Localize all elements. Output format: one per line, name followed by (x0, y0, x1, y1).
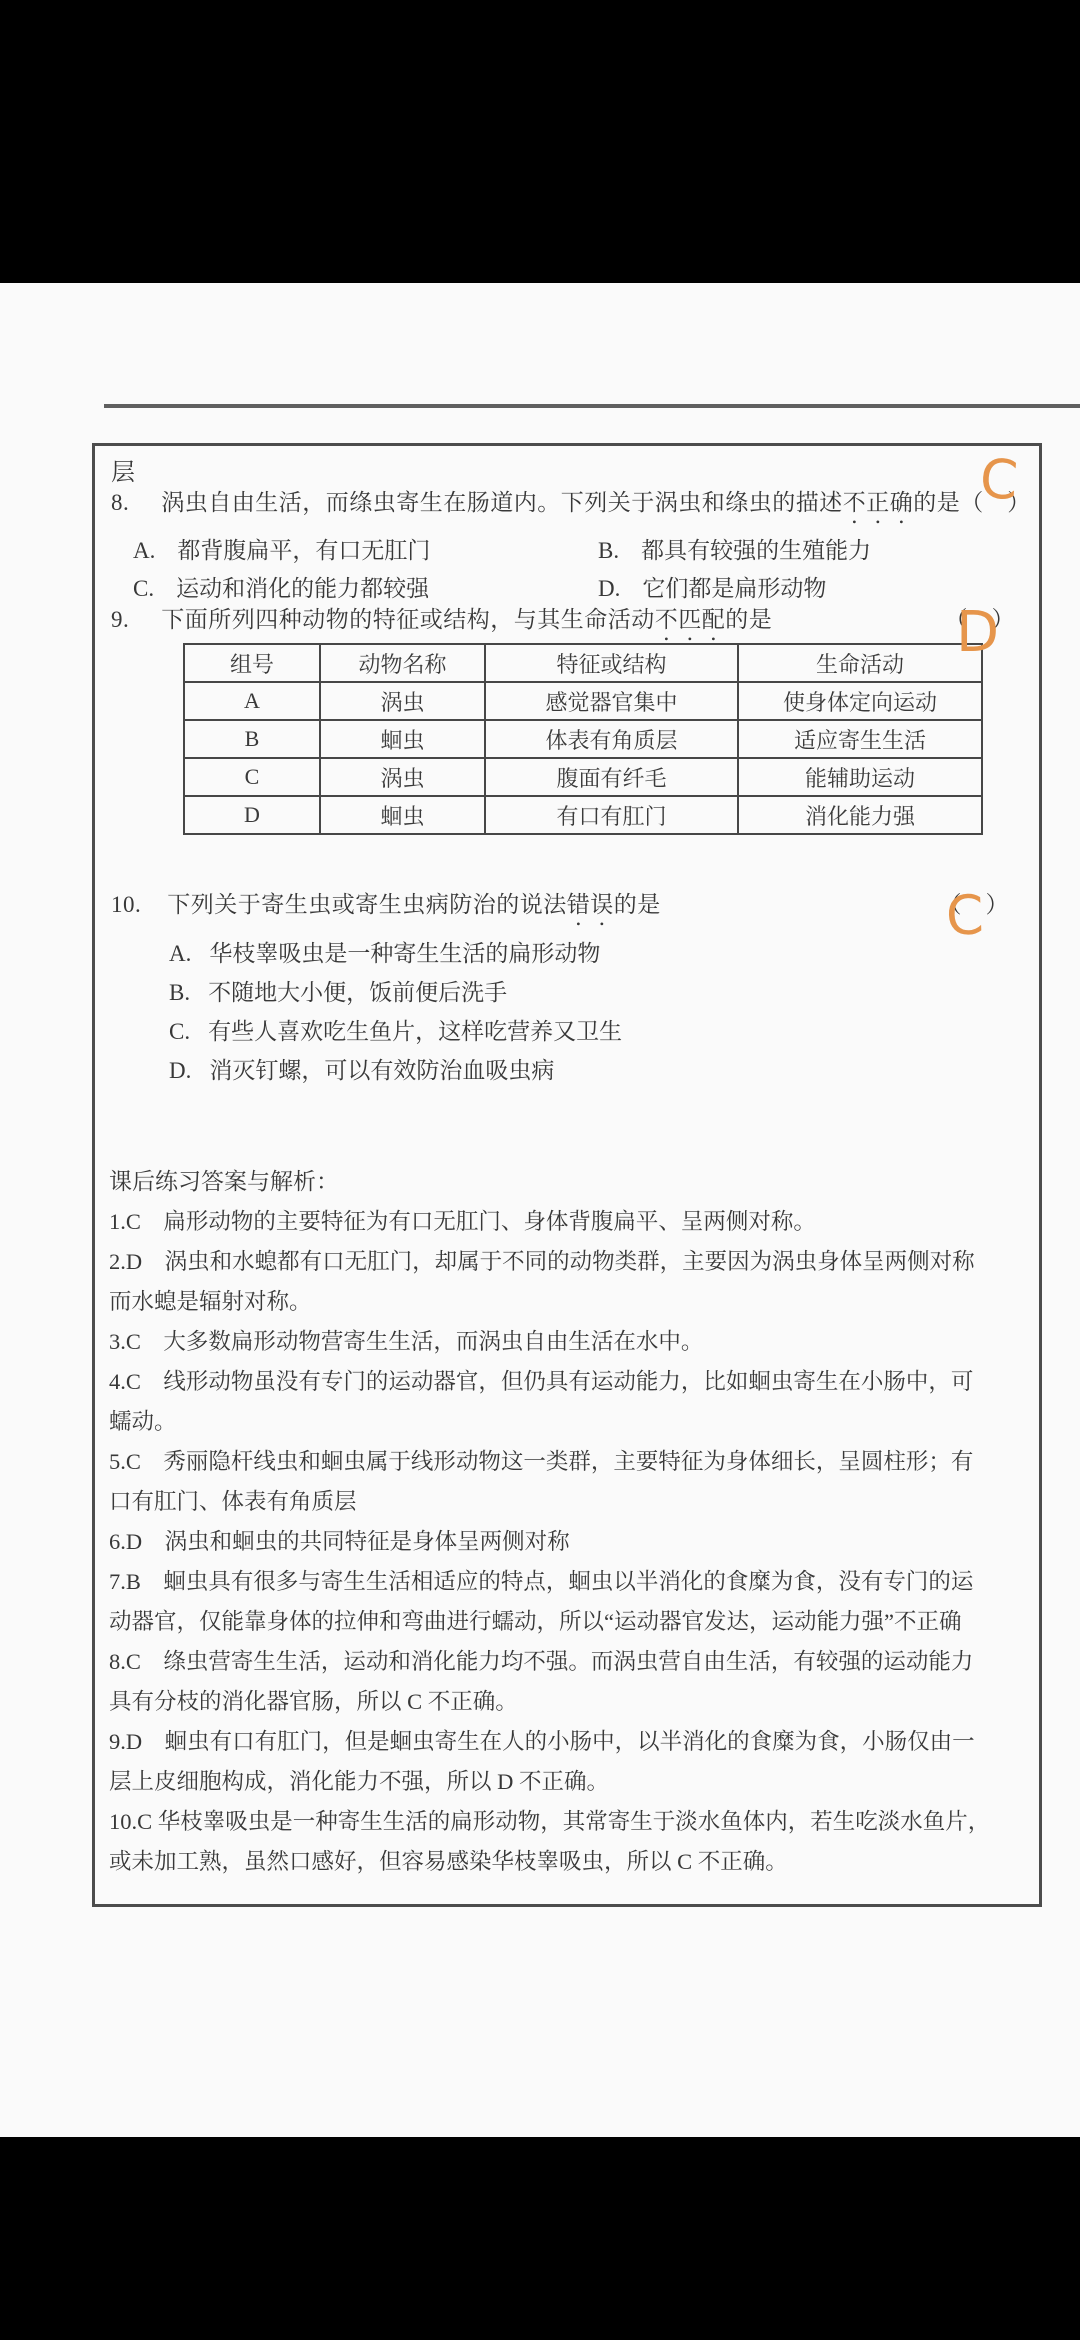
question-8: 8.涡虫自由生活，而绦虫寄生在肠道内。下列关于涡虫和绦虫的描述不正确的是（ ） (111, 484, 1029, 529)
option-8a-text: 都背腹扁平，有口无肛门 (177, 538, 430, 563)
answer-line: 口有肛门、体表有角质层 (109, 1482, 1027, 1522)
answer-line: 2.D 涡虫和水螅都有口无肛门，却属于不同的动物类群，主要因为涡虫身体呈两侧对称 (109, 1242, 1027, 1282)
stray-char: 层 (111, 452, 135, 487)
question-10-emphasis: 错误 (567, 892, 614, 917)
option-8a: A.都背腹扁平，有口无肛门 (133, 532, 598, 565)
question-10: 10.下列关于寄生虫或寄生虫病防治的说法错误的是（ ） (111, 886, 1029, 931)
question-9-emphasis: 不匹配 (655, 607, 726, 632)
worksheet-border-box: 层 8.涡虫自由生活，而绦虫寄生在肠道内。下列关于涡虫和绦虫的描述不正确的是（ … (92, 443, 1042, 1907)
question-9-text-post: 的是 (725, 607, 772, 632)
question-9-text: 下面所列四种动物的特征或结构，与其生命活动不匹配的是 (161, 601, 772, 646)
option-10c: C.有些人喜欢吃生鱼片，这样吃营养又卫生 (169, 1013, 622, 1046)
option-8d: D.它们都是扁形动物 (598, 570, 826, 603)
answer-line: 蠕动。 (109, 1402, 1027, 1442)
option-8b-label: B. (598, 538, 619, 563)
table-header-cell: 组号 (184, 644, 320, 682)
option-8c-label: C. (133, 576, 154, 601)
answers-heading: 课后练习答案与解析： (109, 1163, 339, 1196)
answer-line: 9.D 蛔虫有口有肛门，但是蛔虫寄生在人的小肠中，以半消化的食糜为食，小肠仅由一 (109, 1722, 1027, 1762)
table-cell: 腹面有纤毛 (485, 758, 738, 796)
question-8-number: 8. (111, 490, 129, 516)
answer-line: 1.C 扁形动物的主要特征为有口无肛门、身体背腹扁平、呈两侧对称。 (109, 1202, 1027, 1242)
answer-line: 10.C 华枝睾吸虫是一种寄生生活的扁形动物，其常寄生于淡水鱼体内，若生吃淡水鱼… (109, 1802, 1027, 1842)
question-10-text-pre: 下列关于寄生虫或寄生虫病防治的说法 (167, 892, 567, 917)
table-header-cell: 动物名称 (320, 644, 485, 682)
question-10-number: 10. (111, 892, 141, 918)
table-cell: 适应寄生生活 (738, 720, 982, 758)
question-9-number: 9. (111, 607, 129, 633)
question-8-options-row-2: C.运动和消化的能力都较强 D.它们都是扁形动物 (133, 570, 1029, 603)
table-row: B 蛔虫 体表有角质层 适应寄生生活 (184, 720, 982, 758)
answer-line: 6.D 涡虫和蛔虫的共同特征是身体呈两侧对称 (109, 1522, 1027, 1562)
option-10a: A.华枝睾吸虫是一种寄生生活的扁形动物 (169, 935, 600, 968)
option-10d-text: 消灭钉螺，可以有效防治血吸虫病 (209, 1058, 554, 1083)
table-cell: 蛔虫 (320, 796, 485, 834)
table-header-row: 组号 动物名称 特征或结构 生命活动 (184, 644, 982, 682)
question-8-options-row-1: A.都背腹扁平，有口无肛门 B.都具有较强的生殖能力 (133, 532, 1029, 565)
table-header-cell: 特征或结构 (485, 644, 738, 682)
answers-block: 1.C 扁形动物的主要特征为有口无肛门、身体背腹扁平、呈两侧对称。 2.D 涡虫… (109, 1202, 1027, 1882)
table-row: D 蛔虫 有口有肛门 消化能力强 (184, 796, 982, 834)
table-cell: 涡虫 (320, 758, 485, 796)
handwritten-answer-q10: C (945, 888, 985, 943)
option-10b: B.不随地大小便，饭前便后洗手 (169, 974, 507, 1007)
answer-line: 3.C 大多数扁形动物营寄生生活，而涡虫自由生活在水中。 (109, 1322, 1027, 1362)
table-cell: 消化能力强 (738, 796, 982, 834)
option-8d-text: 它们都是扁形动物 (642, 576, 826, 601)
answer-line: 层上皮细胞构成，消化能力不强，所以 D 不正确。 (109, 1762, 1027, 1802)
table-cell: 能辅助运动 (738, 758, 982, 796)
answer-line: 8.C 绦虫营寄生生活，运动和消化能力均不强。而涡虫营自由生活，有较强的运动能力 (109, 1642, 1027, 1682)
option-8c-text: 运动和消化的能力都较强 (176, 576, 429, 601)
question-8-text-pre: 涡虫自由生活，而绦虫寄生在肠道内。下列关于涡虫和绦虫的描述 (161, 490, 843, 515)
option-10c-label: C. (169, 1019, 190, 1044)
answer-line: 5.C 秀丽隐杆线虫和蛔虫属于线形动物这一类群，主要特征为身体细长，呈圆柱形；有 (109, 1442, 1027, 1482)
answer-line: 动器官，仅能靠身体的拉伸和弯曲进行蠕动，所以“运动器官发达，运动能力强”不正确 (109, 1602, 1027, 1642)
question-9-text-pre: 下面所列四种动物的特征或结构，与其生命活动 (161, 607, 655, 632)
option-10b-text: 不随地大小便，饭前便后洗手 (208, 980, 507, 1005)
table-cell: 涡虫 (320, 682, 485, 720)
question-9: 9.下面所列四种动物的特征或结构，与其生命活动不匹配的是（ ） (111, 601, 1029, 646)
table-cell: 体表有角质层 (485, 720, 738, 758)
question-10-text: 下列关于寄生虫或寄生虫病防治的说法错误的是 (167, 886, 661, 931)
option-8a-label: A. (133, 538, 155, 563)
answer-line: 或未加工熟，虽然口感好，但容易感染华枝睾吸虫，所以 C 不正确。 (109, 1842, 1027, 1882)
option-8b: B.都具有较强的生殖能力 (598, 532, 871, 565)
option-10a-label: A. (169, 941, 191, 966)
option-10c-text: 有些人喜欢吃生鱼片，这样吃营养又卫生 (208, 1019, 622, 1044)
option-10b-label: B. (169, 980, 190, 1005)
option-8d-label: D. (598, 576, 620, 601)
bottom-black-bar (0, 2137, 1080, 2340)
top-black-bar (0, 0, 1080, 283)
question-10-text-post: 的是 (614, 892, 661, 917)
table-row: A 涡虫 感觉器官集中 使身体定向运动 (184, 682, 982, 720)
question-9-table: 组号 动物名称 特征或结构 生命活动 A 涡虫 感觉器官集中 使身体定向运动 B… (183, 643, 983, 835)
option-10d: D.消灭钉螺，可以有效防治血吸虫病 (169, 1052, 554, 1085)
answer-line: 7.B 蛔虫具有很多与寄生生活相适应的特点，蛔虫以半消化的食糜为食，没有专门的运 (109, 1562, 1027, 1602)
option-10d-label: D. (169, 1058, 191, 1083)
table-cell: B (184, 720, 320, 758)
table-cell: A (184, 682, 320, 720)
table-cell: C (184, 758, 320, 796)
table-cell: 感觉器官集中 (485, 682, 738, 720)
table-cell: 蛔虫 (320, 720, 485, 758)
option-8c: C.运动和消化的能力都较强 (133, 570, 598, 603)
answer-line: 4.C 线形动物虽没有专门的运动器官，但仍具有运动能力，比如蛔虫寄生在小肠中，可 (109, 1362, 1027, 1402)
table-row: C 涡虫 腹面有纤毛 能辅助运动 (184, 758, 982, 796)
table-cell: 有口有肛门 (485, 796, 738, 834)
answer-line: 具有分枝的消化器官肠，所以 C 不正确。 (109, 1682, 1027, 1722)
option-10a-text: 华枝睾吸虫是一种寄生生活的扁形动物 (209, 941, 600, 966)
handwritten-answer-q8: C (978, 452, 1019, 508)
handwritten-answer-q9: D (956, 605, 999, 661)
answer-line: 而水螅是辐射对称。 (109, 1282, 1027, 1322)
table-header-cell: 生命活动 (738, 644, 982, 682)
table-cell: D (184, 796, 320, 834)
question-8-emphasis: 不正确 (843, 490, 914, 515)
table-cell: 使身体定向运动 (738, 682, 982, 720)
page-divider-line (104, 404, 1080, 408)
option-8b-text: 都具有较强的生殖能力 (641, 538, 871, 563)
document-page: C D C 层 8.涡虫自由生活，而绦虫寄生在肠道内。下列关于涡虫和绦虫的描述不… (0, 283, 1080, 2137)
